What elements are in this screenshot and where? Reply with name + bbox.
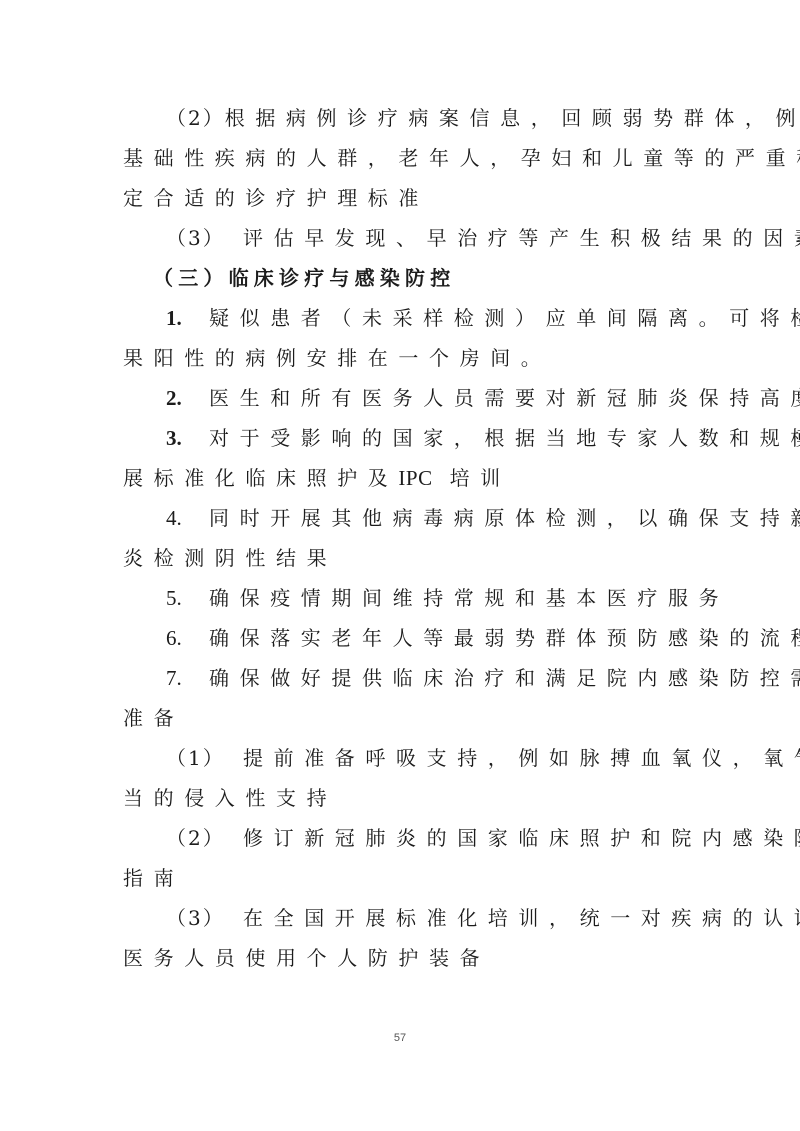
- item-number: 6.: [166, 618, 209, 658]
- list-item: 5.确保疫情期间维持常规和基本医疗服务: [123, 578, 683, 618]
- item-number: 5.: [166, 578, 209, 618]
- sub-item-text: 医务人员使用个人防护装备: [123, 946, 490, 970]
- paragraph-text: 定合适的诊疗护理标准: [123, 186, 429, 210]
- section-heading: （三）临床诊疗与感染防控: [123, 258, 683, 298]
- item-number: 1.: [166, 298, 209, 338]
- sub-item-text: 当的侵入性支持: [123, 786, 337, 810]
- sub-item-marker: （3）: [166, 898, 243, 938]
- item-text: 炎检测阴性结果: [123, 546, 337, 570]
- item-text: 展标准化临床照护及: [123, 466, 398, 490]
- item-abbreviation: IPC: [398, 466, 432, 490]
- item-text: 确保疫情期间维持常规和基本医疗服务: [209, 586, 729, 610]
- sub-list-item-continuation: 指南: [123, 858, 683, 898]
- item-text: 准备: [123, 706, 184, 730]
- list-item: 3.对于受影响的国家，根据当地专家人数和规模，开: [123, 418, 683, 458]
- item-number: 4.: [166, 498, 209, 538]
- item-text: 同时开展其他病毒病原体检测，以确保支持新冠肺: [209, 506, 800, 530]
- sub-list-item: （2）修订新冠肺炎的国家临床照护和院内感染防控: [123, 818, 683, 858]
- item-number: 2.: [166, 378, 209, 418]
- item-number: 7.: [166, 658, 209, 698]
- item-text: 医生和所有医务人员需要对新冠肺炎保持高度警惕: [209, 386, 800, 410]
- list-item-continuation: 果阳性的病例安排在一个房间。: [123, 338, 683, 378]
- paragraph-line: （3）评估早发现、早治疗等产生积极结果的因素: [123, 218, 683, 258]
- page-body: （2）根据病例诊疗病案信息，回顾弱势群体，例如有 基础性疾病的人群，老年人，孕妇…: [123, 98, 683, 978]
- sub-item-text: 修订新冠肺炎的国家临床照护和院内感染防控: [243, 826, 800, 850]
- sub-list-item-continuation: 医务人员使用个人防护装备: [123, 938, 683, 978]
- paragraph-text: 评估早发现、早治疗等产生积极结果的因素: [243, 226, 800, 250]
- item-text: 确保落实老年人等最弱势群体预防感染的流程: [209, 626, 800, 650]
- sub-item-marker: （2）: [166, 818, 243, 858]
- list-marker: （2）: [166, 106, 225, 130]
- list-item-continuation: 展标准化临床照护及IPC 培训: [123, 458, 683, 498]
- sub-item-text: 指南: [123, 866, 184, 890]
- item-number: 3.: [166, 418, 209, 458]
- item-text: 确保做好提供临床治疗和满足院内感染防控需求的: [209, 666, 800, 690]
- list-item: 4.同时开展其他病毒病原体检测，以确保支持新冠肺: [123, 498, 683, 538]
- item-text: 果阳性的病例安排在一个房间。: [123, 346, 551, 370]
- list-item-continuation: 炎检测阴性结果: [123, 538, 683, 578]
- sub-item-marker: （1）: [166, 738, 243, 778]
- list-item: 7.确保做好提供临床治疗和满足院内感染防控需求的: [123, 658, 683, 698]
- paragraph-text: 根据病例诊疗病案信息，回顾弱势群体，例如有: [225, 106, 800, 130]
- paragraph-line: （2）根据病例诊疗病案信息，回顾弱势群体，例如有: [123, 98, 683, 138]
- list-item: 6.确保落实老年人等最弱势群体预防感染的流程: [123, 618, 683, 658]
- sub-item-text: 提前准备呼吸支持，例如脉搏血氧仪，氧气和适: [243, 746, 800, 770]
- list-item: 2.医生和所有医务人员需要对新冠肺炎保持高度警惕: [123, 378, 683, 418]
- paragraph-line: 定合适的诊疗护理标准: [123, 178, 683, 218]
- document-page: （2）根据病例诊疗病案信息，回顾弱势群体，例如有 基础性疾病的人群，老年人，孕妇…: [0, 0, 800, 1131]
- list-marker: （3）: [166, 218, 243, 258]
- sub-item-text: 在全国开展标准化培训，统一对疾病的认识，及: [243, 906, 800, 930]
- item-text: 培训: [450, 466, 511, 490]
- item-text: 疑似患者（未采样检测）应单间隔离。可将检测结: [209, 306, 800, 330]
- item-text: 对于受影响的国家，根据当地专家人数和规模，开: [209, 426, 800, 450]
- list-item: 1.疑似患者（未采样检测）应单间隔离。可将检测结: [123, 298, 683, 338]
- sub-list-item: （3）在全国开展标准化培训，统一对疾病的认识，及: [123, 898, 683, 938]
- sub-list-item-continuation: 当的侵入性支持: [123, 778, 683, 818]
- paragraph-text: 基础性疾病的人群，老年人，孕妇和儿童等的严重程度，制: [123, 146, 800, 170]
- list-item-continuation: 准备: [123, 698, 683, 738]
- paragraph-line: 基础性疾病的人群，老年人，孕妇和儿童等的严重程度，制: [123, 138, 683, 178]
- sub-list-item: （1）提前准备呼吸支持，例如脉搏血氧仪，氧气和适: [123, 738, 683, 778]
- page-number: 57: [0, 1032, 800, 1044]
